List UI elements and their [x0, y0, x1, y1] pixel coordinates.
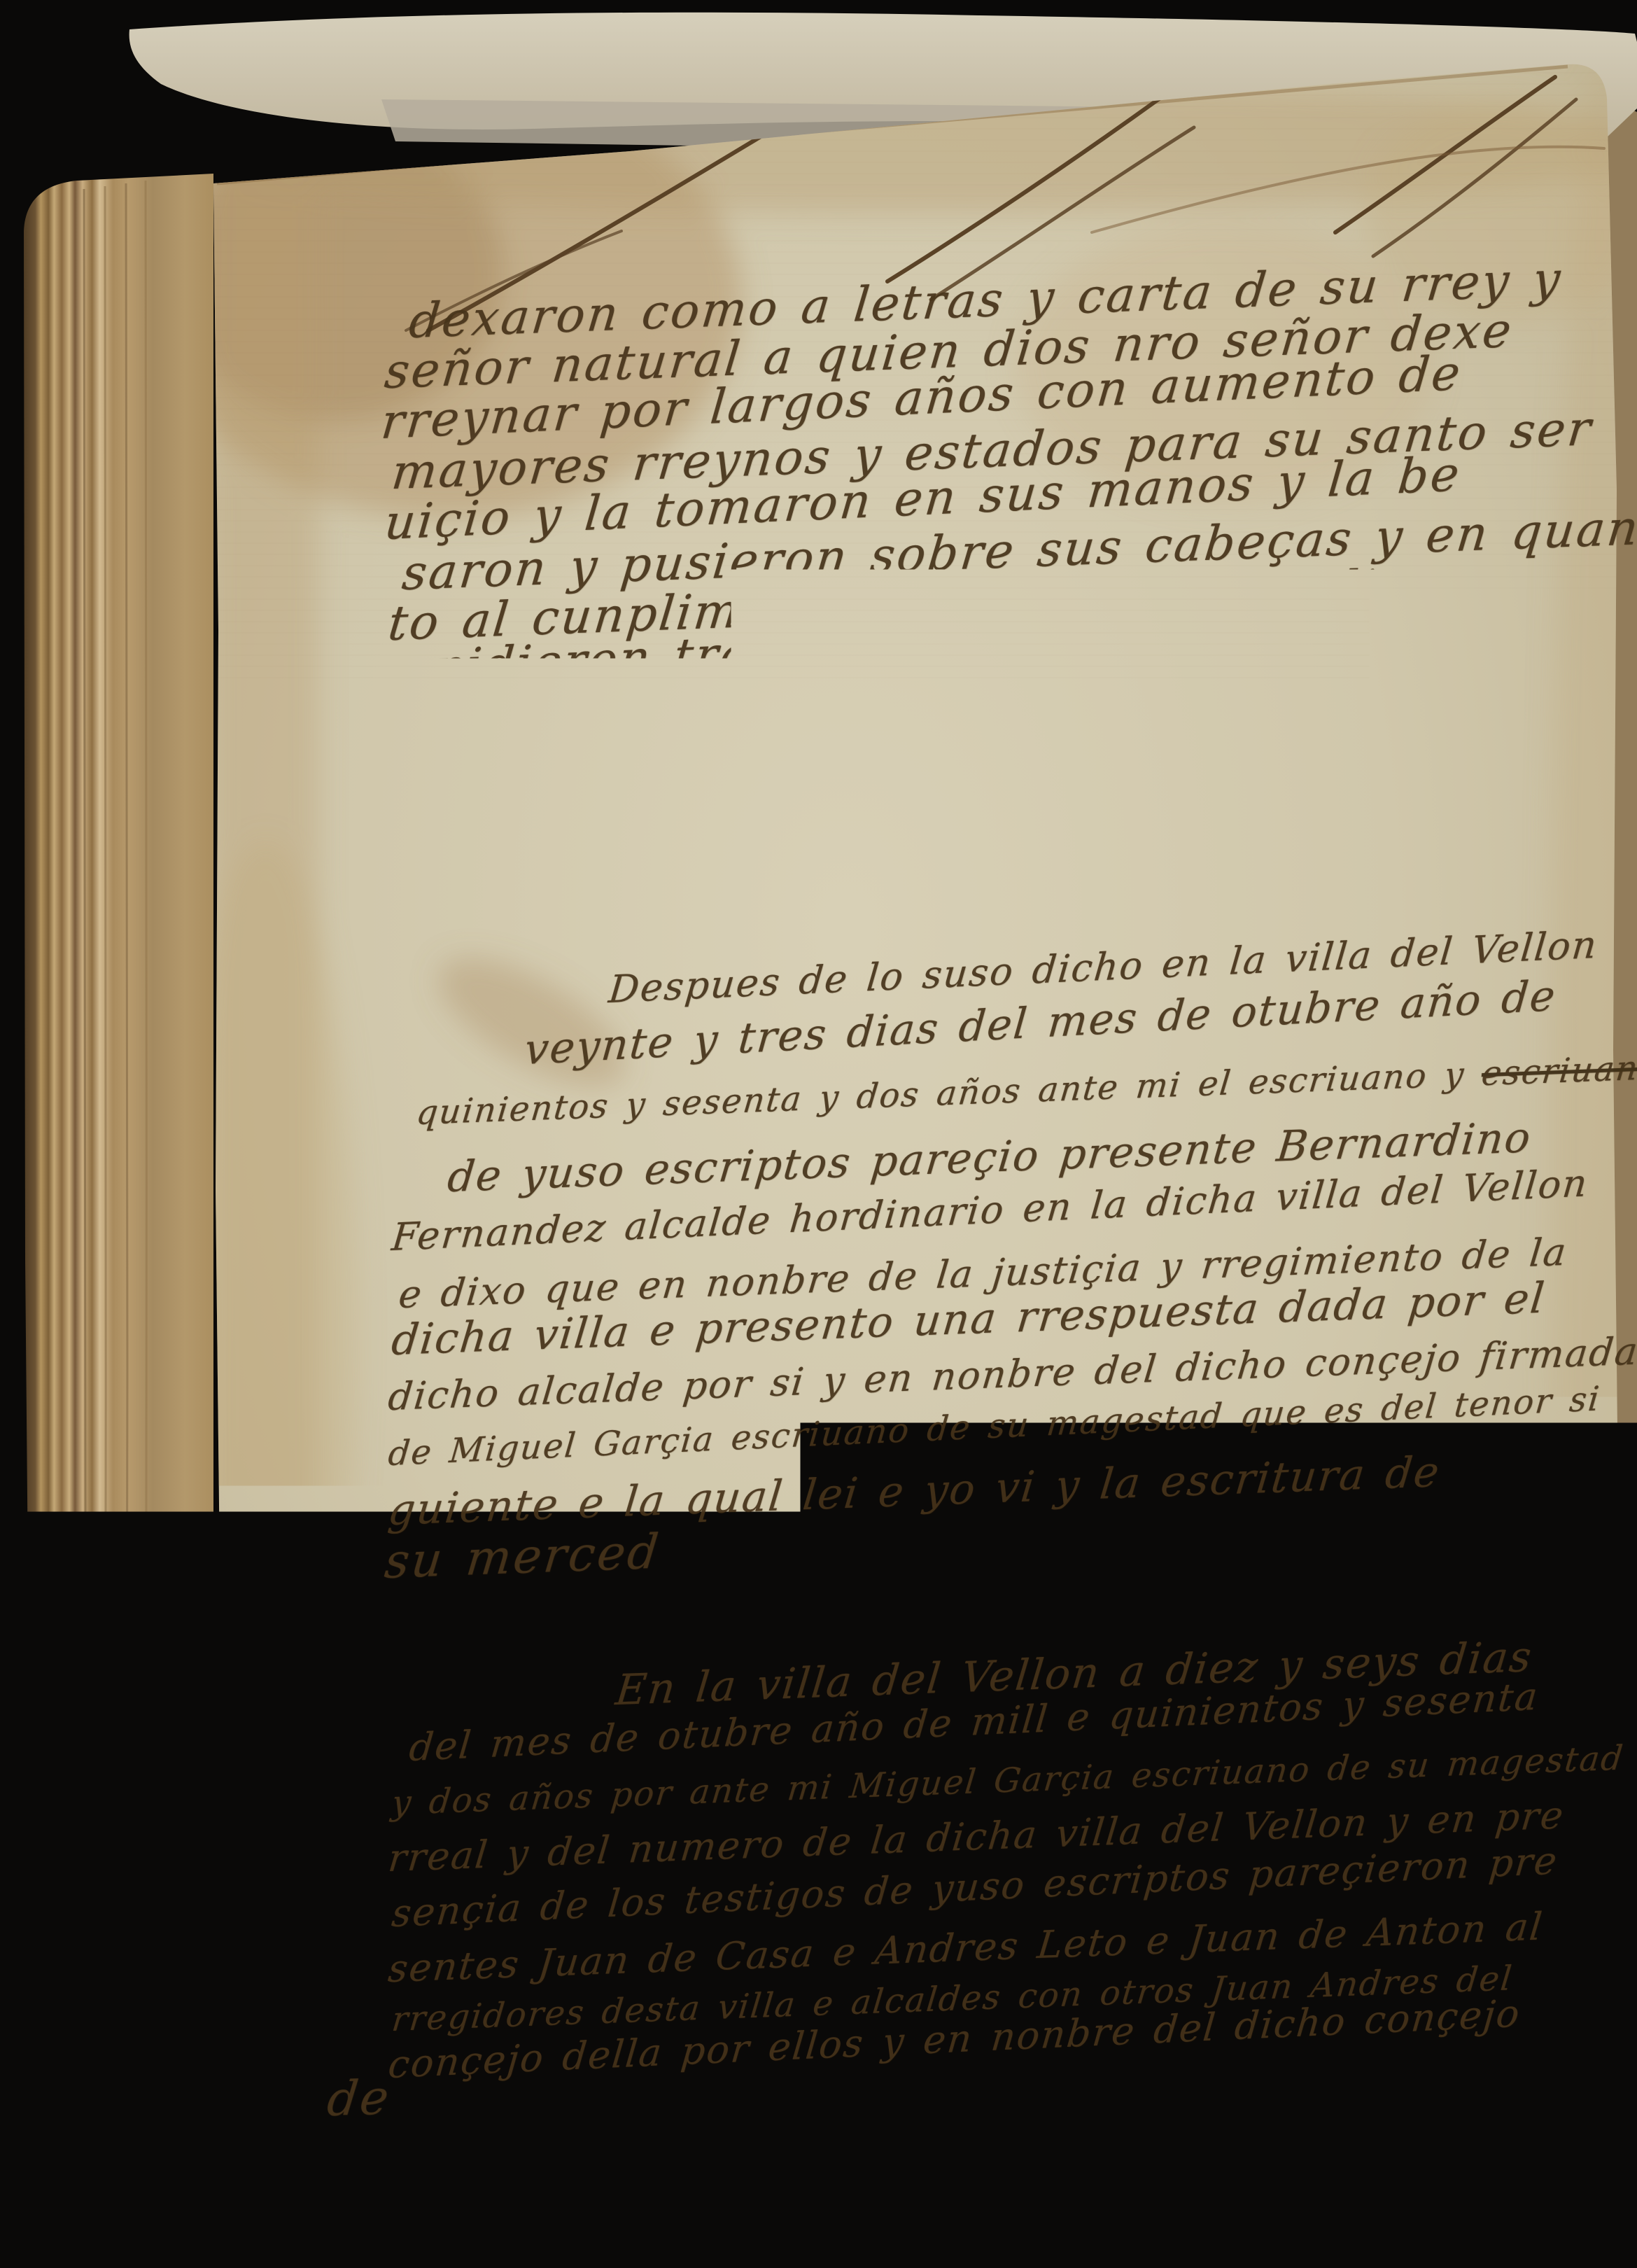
manuscript-photo: dexaron como a letras y carta de su rrey…	[0, 0, 1637, 2268]
struck-out-word: escriuanos	[1480, 1047, 1637, 1094]
manuscript-text-line: de	[325, 2074, 393, 2124]
book-page-stack-edges	[24, 174, 213, 2253]
manuscript-text-line: su merced	[382, 1528, 662, 1586]
